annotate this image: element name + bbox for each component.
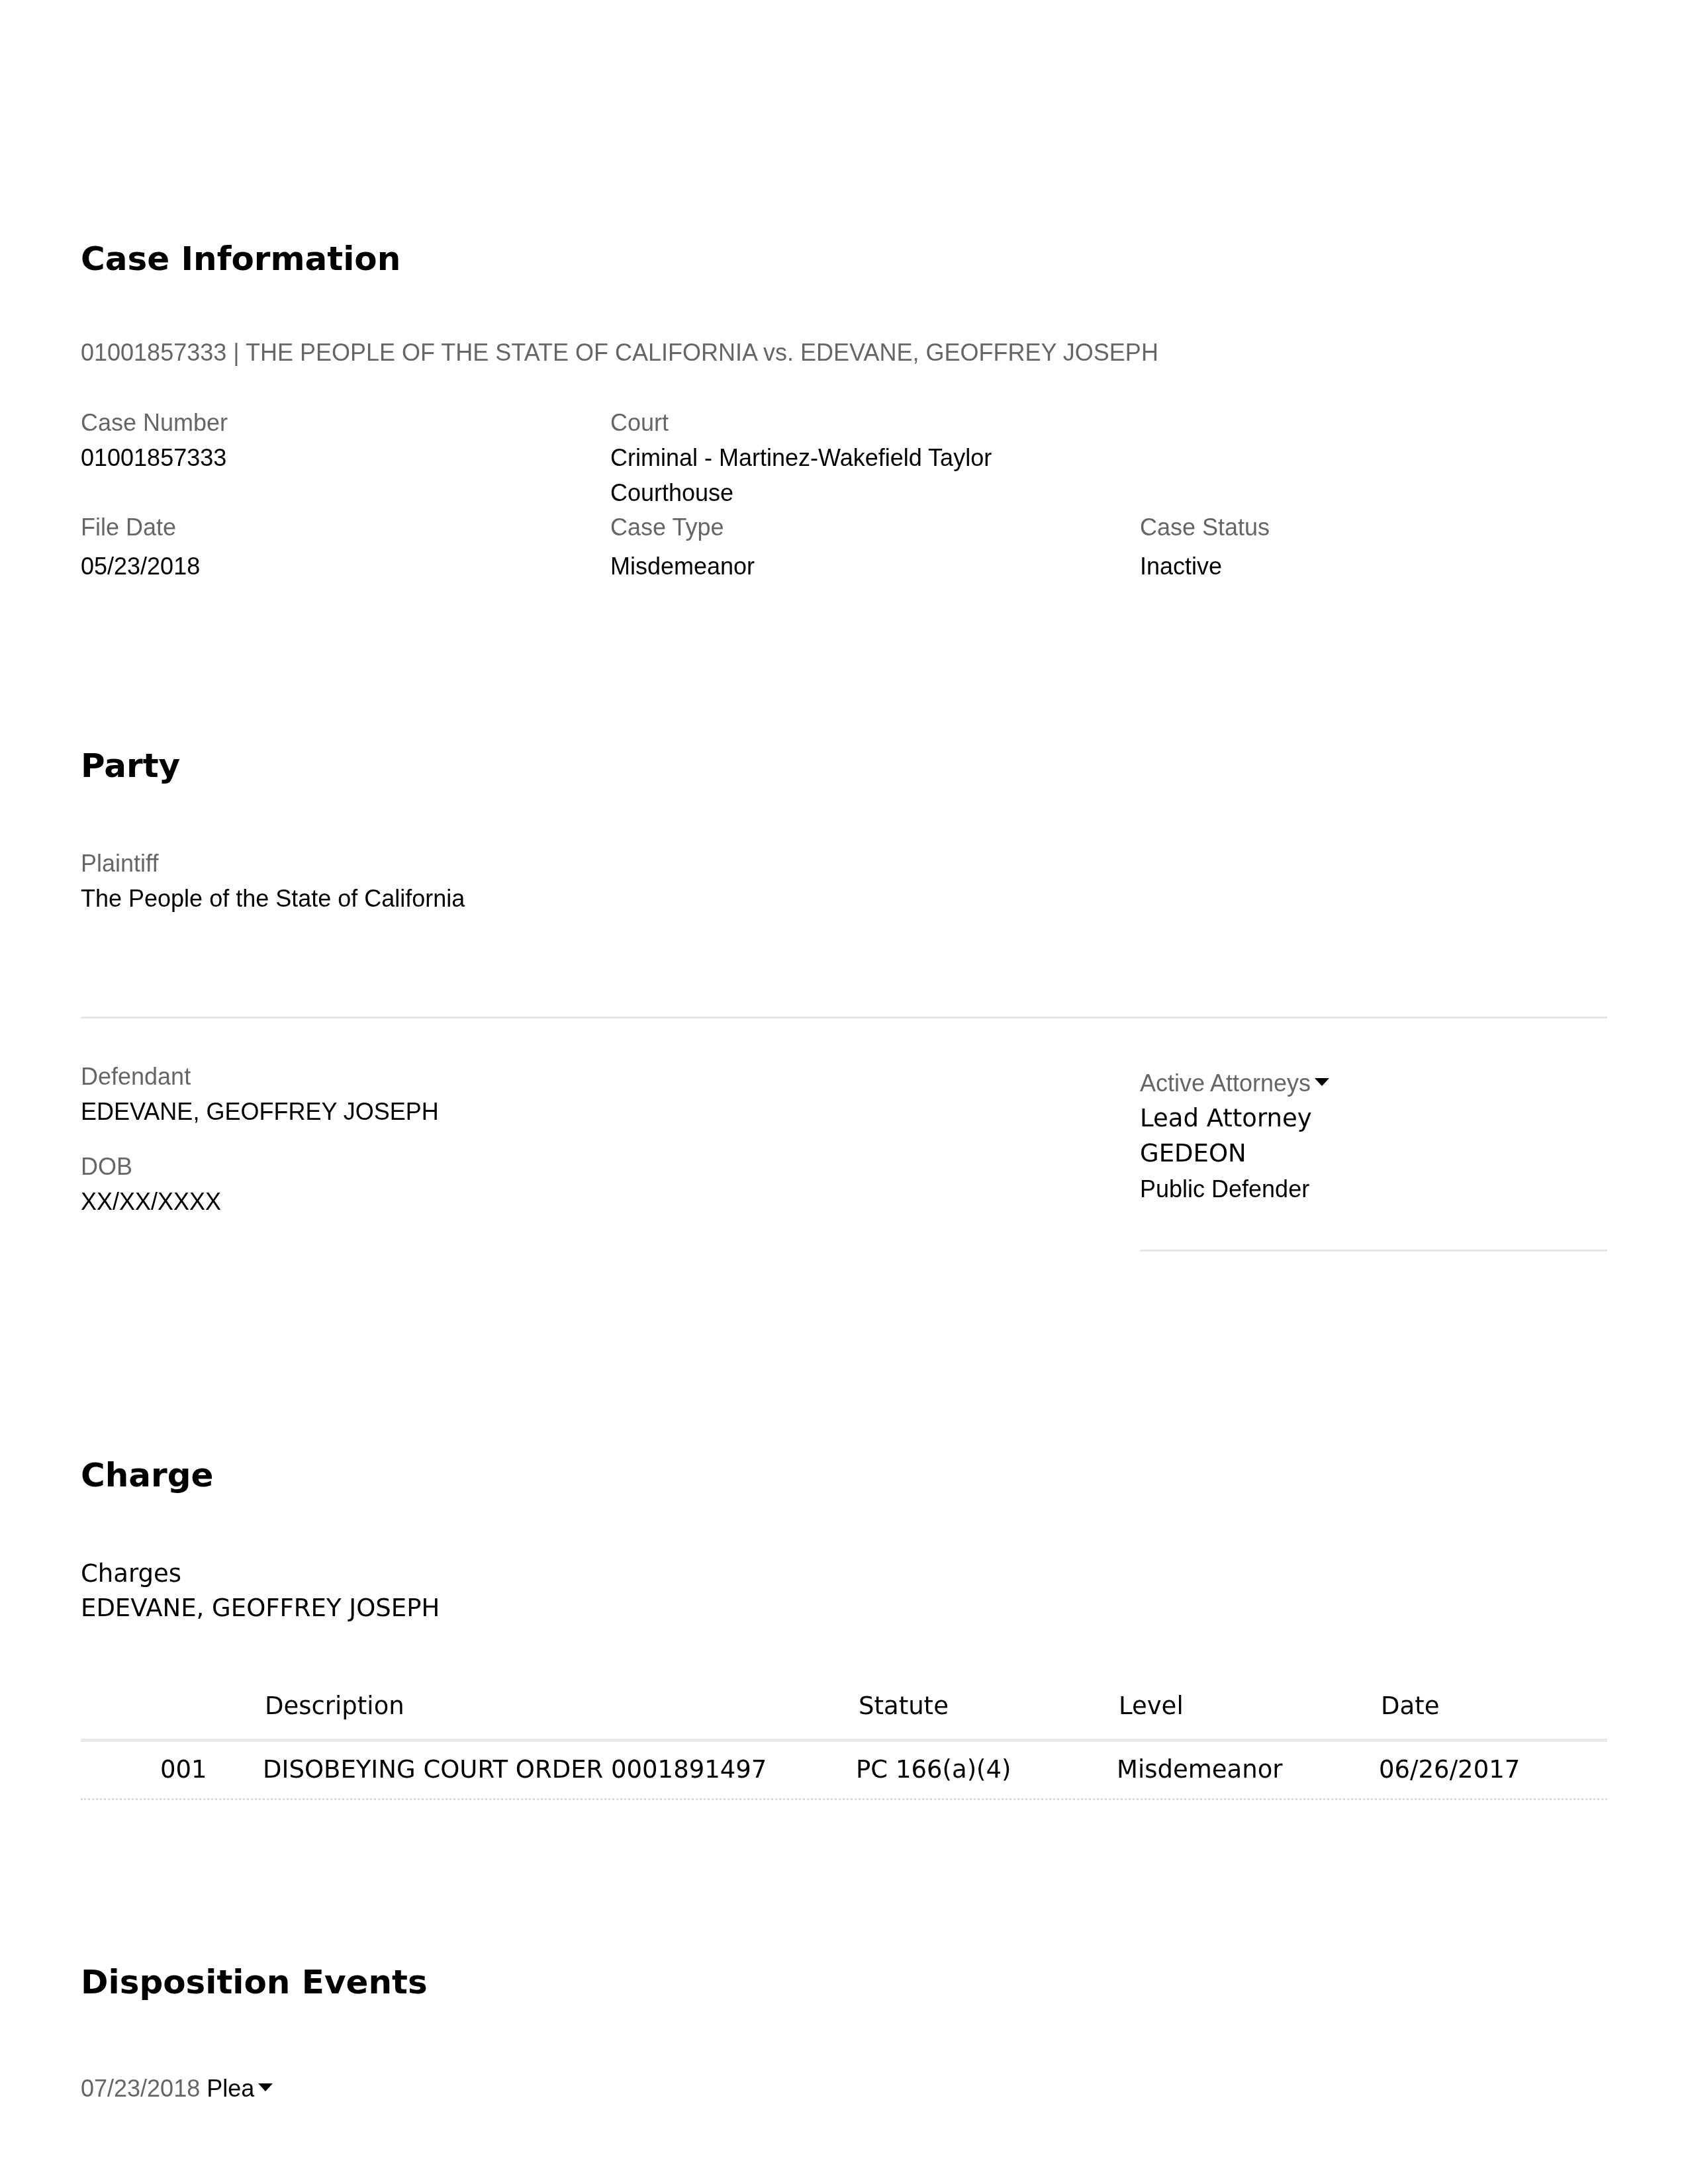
court-label: Court	[610, 409, 669, 437]
disposition-event-date: 07/23/2018	[81, 2075, 200, 2102]
file-date-value: 05/23/2018	[81, 549, 200, 584]
column-header-date: Date	[1381, 1692, 1439, 1720]
charge-number: 001	[160, 1755, 207, 1784]
charges-label: Charges	[81, 1559, 181, 1588]
dob-label: DOB	[81, 1153, 132, 1181]
column-header-level: Level	[1119, 1692, 1184, 1720]
plaintiff-value: The People of the State of California	[81, 881, 465, 916]
active-attorneys-toggle[interactable]: Active Attorneys	[1140, 1069, 1329, 1097]
case-information-title: Case Information	[81, 240, 400, 278]
attorney-type: Public Defender	[1140, 1171, 1309, 1206]
case-type-label: Case Type	[610, 514, 724, 541]
disposition-events-title: Disposition Events	[81, 1963, 428, 2001]
case-type-value: Misdemeanor	[610, 549, 755, 584]
disposition-event-type[interactable]: Plea	[207, 2075, 254, 2102]
column-header-statute: Statute	[859, 1692, 949, 1720]
case-number-label: Case Number	[81, 409, 228, 437]
court-value-line2: Courthouse	[610, 475, 733, 510]
defendant-label: Defendant	[81, 1063, 191, 1091]
court-value-line1: Criminal - Martinez-Wakefield Taylor	[610, 440, 992, 475]
dob-value: XX/XX/XXXX	[81, 1184, 221, 1219]
column-header-description: Description	[265, 1692, 404, 1720]
case-status-label: Case Status	[1140, 514, 1270, 541]
caret-down-icon	[258, 2083, 273, 2091]
party-title: Party	[81, 747, 180, 785]
case-summary-line: 01001857333 | THE PEOPLE OF THE STATE OF…	[81, 339, 1158, 367]
case-status-value: Inactive	[1140, 549, 1222, 584]
defendant-value: EDEVANE, GEOFFREY JOSEPH	[81, 1094, 439, 1129]
caret-down-icon	[1315, 1078, 1329, 1086]
party-divider	[81, 1017, 1607, 1019]
charges-defendant-name: EDEVANE, GEOFFREY JOSEPH	[81, 1594, 440, 1622]
charge-statute: PC 166(a)(4)	[856, 1755, 1011, 1784]
table-header-divider	[81, 1739, 1607, 1742]
plaintiff-label: Plaintiff	[81, 850, 158, 878]
file-date-label: File Date	[81, 514, 176, 541]
attorney-divider	[1140, 1250, 1607, 1251]
active-attorneys-label: Active Attorneys	[1140, 1069, 1311, 1097]
charge-title: Charge	[81, 1456, 213, 1494]
case-number-value: 01001857333	[81, 440, 226, 475]
charge-date: 06/26/2017	[1379, 1755, 1520, 1784]
charge-description: DISOBEYING COURT ORDER 0001891497	[263, 1755, 767, 1784]
attorney-role: Lead Attorney	[1140, 1104, 1312, 1132]
attorney-name: GEDEON	[1140, 1139, 1246, 1167]
table-row-divider	[81, 1798, 1607, 1800]
charge-level: Misdemeanor	[1117, 1755, 1283, 1784]
disposition-event[interactable]: 07/23/2018 Plea	[81, 2075, 273, 2103]
